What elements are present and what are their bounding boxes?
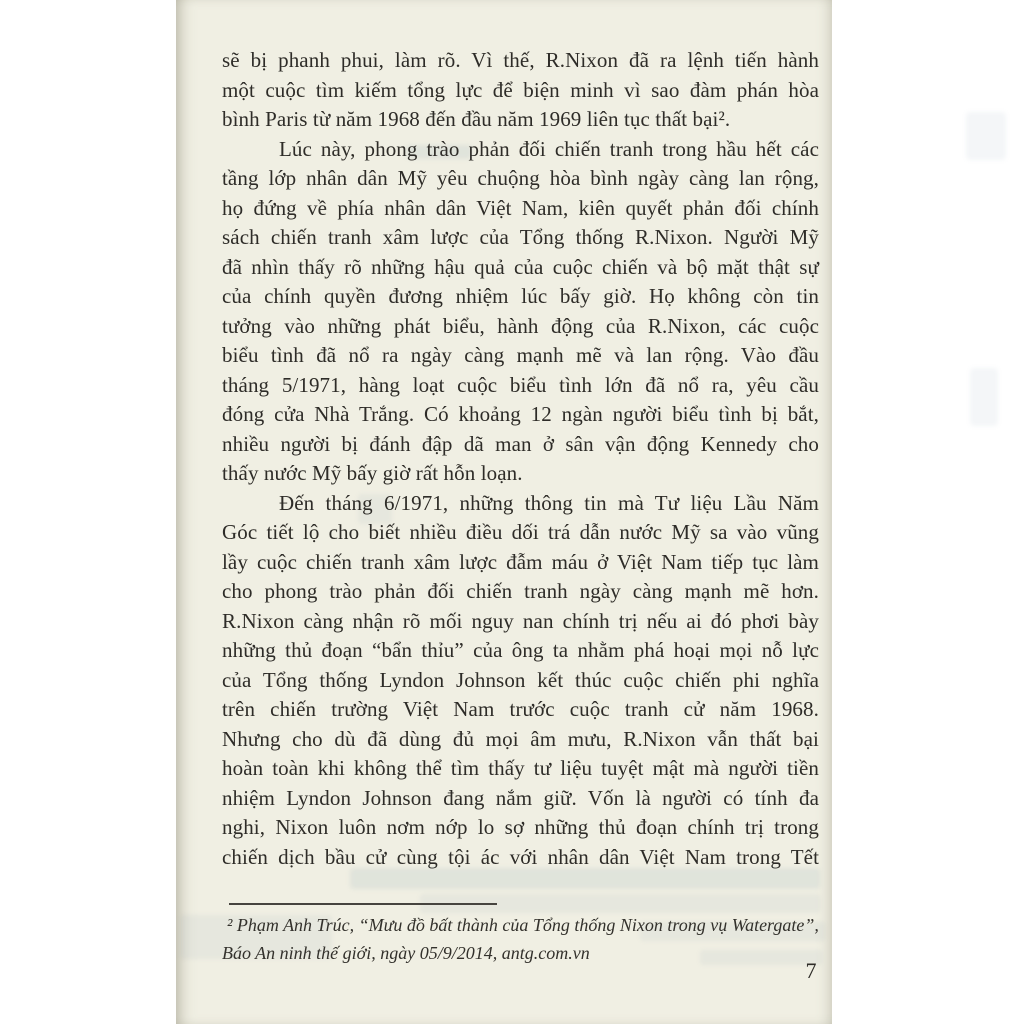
text-line: nghi, Nixon luôn nơm nớp lo sợ những thủ… (222, 813, 819, 843)
text-line: lầy cuộc chiến tranh xâm lược đẫm máu ở … (222, 548, 819, 578)
book-page-photo: sẽ bị phanh phui, làm rõ. Vì thế, R.Nixo… (0, 0, 1024, 1024)
footnote-line: Báo An ninh thế giới, ngày 05/9/2014, an… (222, 939, 822, 967)
text-line: thấy nước Mỹ bấy giờ rất hỗn loạn. (222, 459, 819, 489)
page-number: 7 (796, 958, 826, 984)
text-line: nhiệm Lyndon Johnson đang nắm giữ. Vốn l… (222, 784, 819, 814)
footnote-line: ² Phạm Anh Trúc, “Mưu đồ bất thành của T… (222, 911, 822, 939)
text-line: bình Paris từ năm 1968 đến đầu năm 1969 … (222, 105, 819, 135)
text-line: sách chiến tranh xâm lược của Tổng thống… (222, 223, 819, 253)
bleed-through-artifact (966, 112, 1006, 160)
text-line: tưởng vào những phát biểu, hành động của… (222, 312, 819, 342)
text-line: Lúc này, phong trào phản đối chiến tranh… (222, 135, 819, 165)
text-line: một cuộc tìm kiếm tổng lực để biện minh … (222, 76, 819, 106)
text-line: hoàn toàn khi không thể tìm thấy tư liệu… (222, 754, 819, 784)
text-line: tầng lớp nhân dân Mỹ yêu chuộng hòa bình… (222, 164, 819, 194)
text-line: đóng cửa Nhà Trắng. Có khoảng 12 ngàn ng… (222, 400, 819, 430)
bleed-through-artifact (350, 868, 820, 889)
text-line: của Tổng thống Lyndon Johnson kết thúc c… (222, 666, 819, 696)
text-line: R.Nixon càng nhận rõ mối nguy nan chính … (222, 607, 819, 637)
footnote-divider (229, 903, 497, 905)
text-line: trên chiến trường Việt Nam trước cuộc tr… (222, 695, 819, 725)
footnote: ² Phạm Anh Trúc, “Mưu đồ bất thành của T… (222, 911, 822, 967)
text-line: của chính quyền đương nhiệm lúc bấy giờ.… (222, 282, 819, 312)
text-line: tháng 5/1971, hàng loạt cuộc biểu tình l… (222, 371, 819, 401)
text-line: Nhưng cho dù đã dùng đủ mọi âm mưu, R.Ni… (222, 725, 819, 755)
bleed-through-artifact (970, 368, 998, 426)
text-line: nhiều người bị đánh đập dã man ở sân vận… (222, 430, 819, 460)
body-text: sẽ bị phanh phui, làm rõ. Vì thế, R.Nixo… (222, 46, 819, 872)
text-line: Góc tiết lộ cho biết nhiều điều dối trá … (222, 518, 819, 548)
text-line: đã nhìn thấy rõ những hậu quả của cuộc c… (222, 253, 819, 283)
text-line: họ đứng về phía nhân dân Việt Nam, kiên … (222, 194, 819, 224)
text-line: sẽ bị phanh phui, làm rõ. Vì thế, R.Nixo… (222, 46, 819, 76)
text-line: những thủ đoạn “bẩn thỉu” của ông ta nhằ… (222, 636, 819, 666)
text-line: biểu tình đã nổ ra ngày càng mạnh mẽ và … (222, 341, 819, 371)
text-line: cho phong trào phản đối chiến tranh ngày… (222, 577, 819, 607)
text-line: Đến tháng 6/1971, những thông tin mà Tư … (222, 489, 819, 519)
